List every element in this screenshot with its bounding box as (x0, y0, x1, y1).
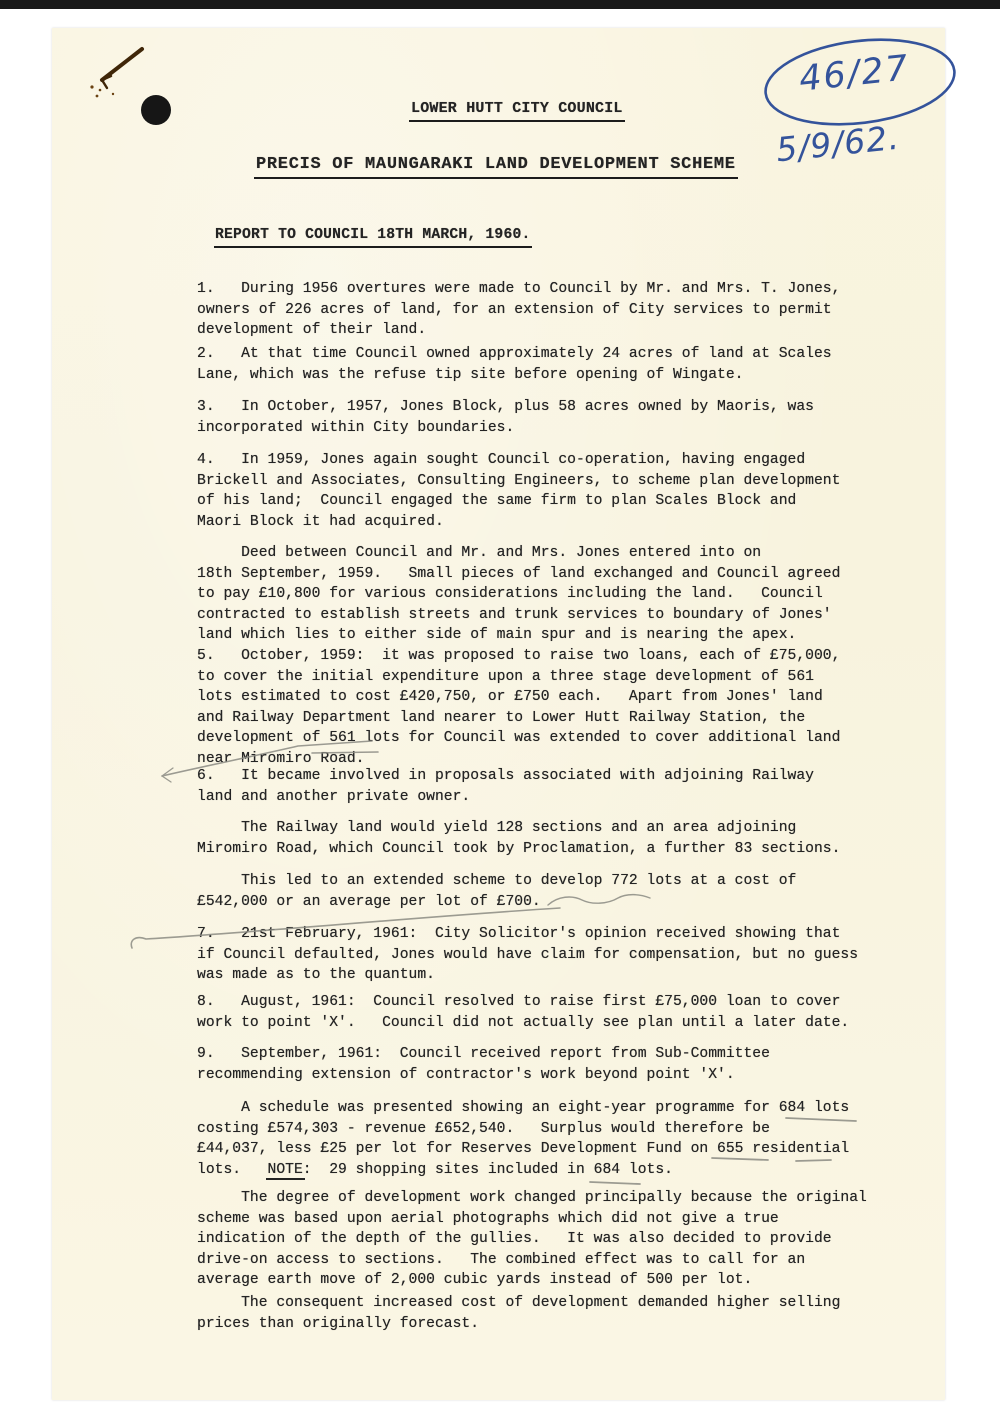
paragraph-5: 5. October, 1959: it was proposed to rai… (197, 646, 840, 769)
paragraph-3: 3. In October, 1957, Jones Block, plus 5… (197, 397, 814, 438)
paragraph-6: 6. It became involved in proposals assoc… (197, 766, 814, 807)
paragraph-4: 4. In 1959, Jones again sought Council c… (197, 450, 840, 532)
scan-edge (0, 0, 1000, 9)
paragraph-2: 2. At that time Council owned approximat… (197, 344, 832, 385)
paragraph-6c: This led to an extended scheme to develo… (197, 871, 796, 912)
document-title: LOWER HUTT CITY COUNCIL (409, 100, 625, 122)
paragraph-9: 9. September, 1961: Council received rep… (197, 1044, 770, 1085)
report-heading: REPORT TO COUNCIL 18TH MARCH, 1960. (214, 227, 532, 248)
paragraph-7: 7. 21st February, 1961: City Solicitor's… (197, 924, 858, 986)
document-subtitle: PRECIS OF MAUNGARAKI LAND DEVELOPMENT SC… (254, 155, 738, 179)
paragraph-9c: The degree of development work changed p… (197, 1188, 867, 1291)
paragraph-6b: The Railway land would yield 128 section… (197, 818, 840, 859)
note-underline (266, 1178, 305, 1180)
scanned-document: LOWER HUTT CITY COUNCIL PRECIS OF MAUNGA… (0, 0, 1000, 1415)
paragraph-1: 1. During 1956 overtures were made to Co… (197, 279, 840, 341)
paragraph-9b: A schedule was presented showing an eigh… (197, 1098, 849, 1180)
paragraph-8: 8. August, 1961: Council resolved to rai… (197, 992, 849, 1033)
paragraph-9d: The consequent increased cost of develop… (197, 1293, 840, 1334)
paragraph-4b: Deed between Council and Mr. and Mrs. Jo… (197, 543, 840, 646)
